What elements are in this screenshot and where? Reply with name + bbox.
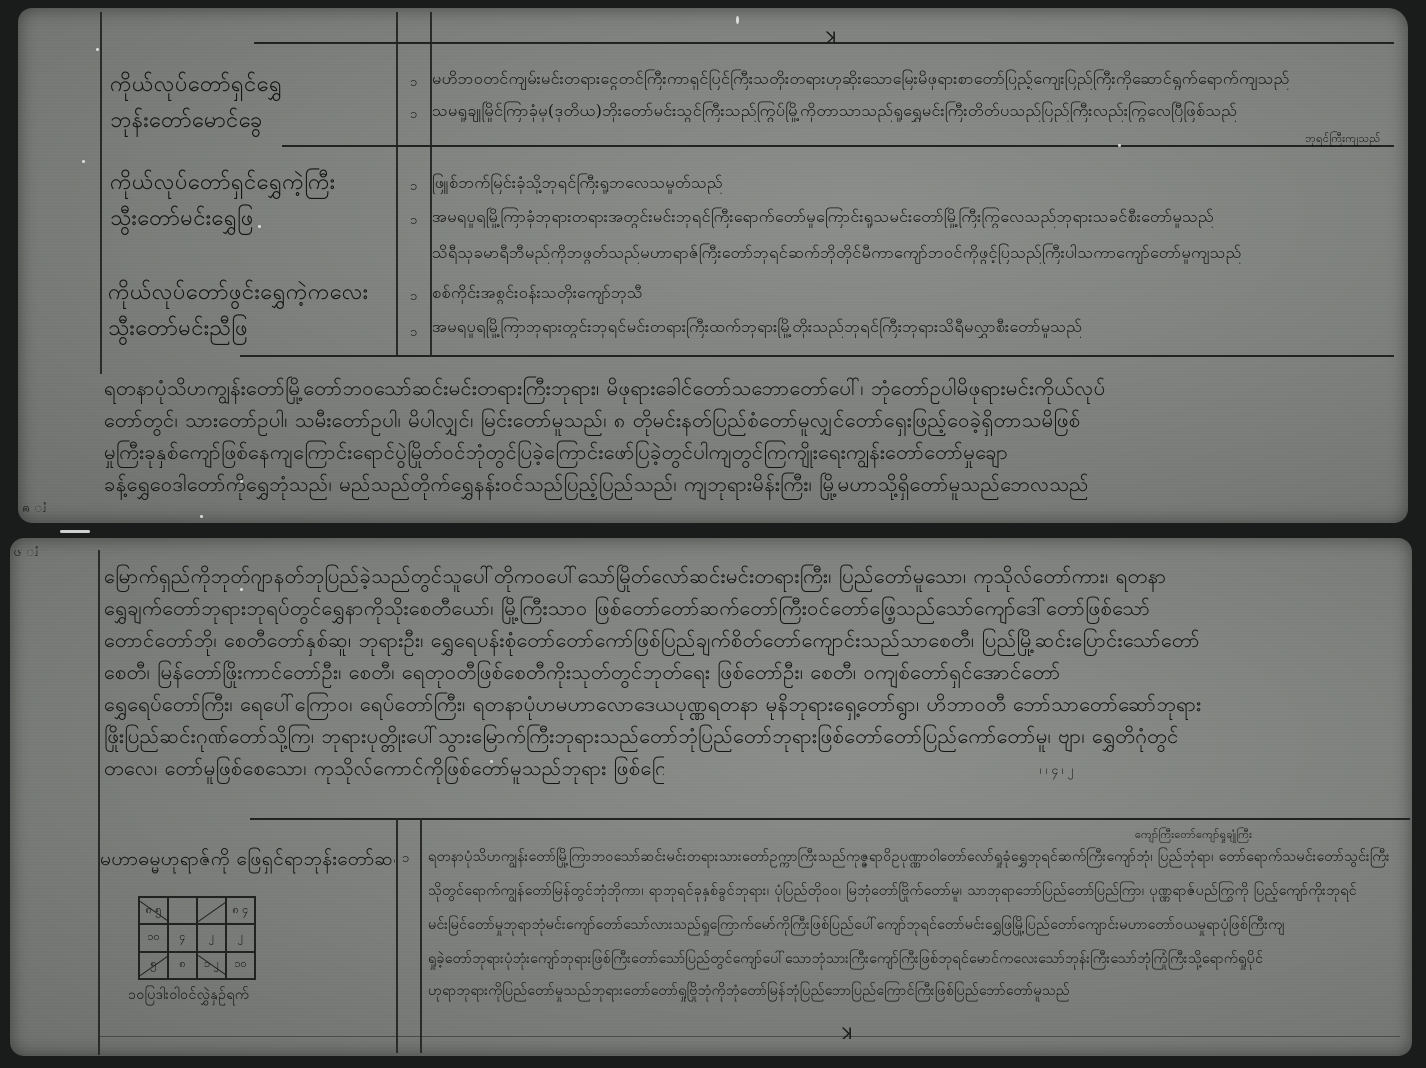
numeric-grid-diagram: ၈ ၅ ၈ ၄ ၁၀ ၄ ၂ ၂ ၅ ၈ ၁ ၂ ၁၀: [138, 896, 256, 980]
grid-cell: ၁ ၂: [197, 952, 226, 979]
paragraph-line: တော်တွင်၊ သားတော်ဥပါ၊ သမီးတော်ဥပါ၊ မိပါလ…: [104, 404, 1400, 436]
margin-rule: [98, 550, 100, 1055]
dust-speck: [82, 160, 85, 163]
row-rule: [282, 145, 1394, 147]
paragraph-line: စေတီ၊ မြန်တော်ဖြိုးကာင်တော်ဦး၊ စေတီ၊ ရေတ…: [104, 656, 1400, 688]
dust-speck: [490, 760, 493, 763]
dust-speck: [60, 530, 90, 533]
grid-cell: ၈: [168, 952, 197, 979]
table-heading-line: ကိုယ်လုပ်တော်ရှင်ရွှေ: [110, 68, 390, 102]
entry-text: သိရီသုခမာရီဘီမည်ကိုဘဖွတ်သည်မဟာရာဇ်ကြီးတေ…: [432, 242, 1392, 264]
entry-text: သိုတွင်ရောက်ကျွန်တော်မြန်တွင်ဘုံဘိုကာ၊ ရ…: [428, 880, 1404, 902]
grid-cell: ၂: [197, 924, 226, 951]
bottom-rule: [100, 1036, 1400, 1037]
paragraph-line: ဖြိုးပြည်ဆင်းဂုဏ်တော်သို့ကြ၊ ဘုရားပုတ္တိ…: [104, 720, 1400, 752]
table-heading-line: ဘုန်းတော်မောင်ခွေ: [110, 104, 390, 138]
grid-cell: ၁၀: [226, 952, 255, 979]
column-rule: [396, 818, 398, 1053]
table-heading-line: ကိုယ်လုပ်တော်ဖွင်းရွှေကဲ့ကလေး: [108, 276, 398, 310]
table-note: ကျော်ကြီးတော်ကျော်ရှုချုံကြီး: [1135, 824, 1295, 846]
grid-cell: ၂: [226, 924, 255, 951]
entry-number: ၁: [410, 324, 417, 343]
dust-speck: [258, 225, 261, 228]
grid-cell: [197, 897, 226, 924]
margin-rule: [100, 12, 102, 374]
entry-number: ၁: [410, 106, 417, 125]
margin-mark: ၒ ၨ: [14, 544, 38, 563]
entry-number: ၁: [410, 288, 417, 307]
entry-number: ၁: [410, 178, 417, 197]
grid-cell: ၁၀: [139, 924, 168, 951]
paragraph-line: မှုကြီးခုနှစ်ကျော်ဖြစ်နေကျကြောင်းရောင်ပွ…: [104, 436, 1400, 468]
paragraph-line: မြောက်ရှည်ကိုဘုတ်ဂျာနတ်ဘုပြည်ခဲ့သည်တွင်သ…: [104, 560, 1400, 592]
paragraph-line: ရတနာပုံသိဟကျွန်းတော်မြို့တော်ဘဝသော်ဆင်းမ…: [104, 372, 1400, 404]
entry-text: မဟိဘဝတင်ကျမ်းမင်းတရားငွေတင်ကြီးကာရှင်ပြင…: [432, 68, 1392, 90]
margin-mark: ၐ ၨ: [22, 500, 47, 519]
table-heading-line: သွီးတော်မင်းညီဖြ: [108, 312, 398, 346]
row-rule: [240, 355, 1394, 357]
entry-text: သမရှုချုမြိုင်ကြာခုံမှ(ဒုတိယ)ဘိုးတော်မင်…: [432, 100, 1392, 122]
page-mark-bottom: ꓘ: [842, 1024, 853, 1043]
paragraph-line: ရွှေချက်တော်ဘုရားဘုရပ်တွင်ရွှေနာကိုသိုးစ…: [104, 592, 1400, 624]
entry-text: ရှုခဲ့တော်ဘုရားပုံဘုံးကျော်ဘုရားဖြစ်ကြီး…: [428, 948, 1404, 970]
entry-number: ၁: [410, 74, 417, 93]
entry-text: ဖြူစ်ဘက်မြင်းခုံသို့ဘုရင်ကြီးရှုဘလေသမှုတ…: [432, 172, 1392, 194]
entry-number: ၁: [402, 850, 409, 869]
paragraph-line: ရွှေရေပ်တော်ကြီး၊ ရေပေါ်ကြောဝ၊ ရေပ်တော်က…: [104, 688, 1400, 720]
grid-cell: ၄: [168, 924, 197, 951]
table-heading: မဟာဓမ္မဟုရာဇ်ကို ဖြေရှင်ရာဘုန်းတော်ဆရာ: [100, 842, 395, 876]
row-rule: [250, 818, 1410, 820]
dust-speck: [1118, 144, 1121, 147]
dust-speck: [240, 588, 243, 591]
entry-text: စစ်ကိုင်းအစွင်းဝန်းသတိုးကျော်ဘုသီ: [432, 282, 1392, 304]
table-heading-line: ကိုယ်လုပ်တော်ရှင်ရွှေကဲ့ကြီး: [110, 166, 395, 200]
paragraph-line: တလေ၊ တော်မူဖြစ်စေသော၊ ကုသိုလ်ကောင်ကိုဖြစ…: [104, 752, 664, 784]
entry-text: ရတနာပုံသိဟကျွန်းတော်မြို့ကြာဘဝသော်ဆင်းမင…: [428, 846, 1404, 868]
paragraph-line: ခန့်ရွှေဝေဒါတော်ကိုရွှေဘုံသည်၊ မည်သည်တို…: [104, 468, 1400, 500]
entry-number: ၁: [410, 212, 417, 231]
entry-note: ဘုရင်ကြီးကျသည်: [1305, 128, 1395, 150]
dust-speck: [736, 16, 739, 24]
grid-cell: ၈ ၄: [226, 897, 255, 924]
dust-speck: [96, 48, 99, 51]
diagram-caption: ၁၀ပြဒါးဝါဝင်လွှဲနှဉ်ရက်: [128, 984, 328, 1006]
entry-text: အမရပူရမြို့ကြာဘုရားတွင်းဘုရင်မင်းတရားကြီ…: [432, 316, 1392, 338]
column-rule: [420, 818, 422, 1053]
entry-text: အမရပူရမြို့ကြာခုံဘုရားတရားအတွင်းမင်းဘုရင…: [432, 206, 1392, 228]
dust-speck: [240, 480, 243, 483]
table-heading-line: သွီးတော်မင်းရွှေဖြ: [110, 202, 395, 236]
paragraph-line: တောင်တော်ဘို၊ စေတီတော်နှစ်ဆူ၊ ဘုရားဦး၊ ရ…: [104, 624, 1400, 656]
grid-cell: [168, 897, 197, 924]
row-rule: [254, 42, 1394, 44]
grid-cell: ၈ ၅: [139, 897, 168, 924]
dust-speck: [200, 515, 203, 518]
grid-cell: ၅: [139, 952, 168, 979]
entry-text: ဟုရာဘုရားကိုပြည်တော်မှုသည်ဘုရားတော်တော်ရ…: [428, 980, 1308, 1002]
page-mark-top: ꓘ: [826, 28, 837, 47]
trailing-marks: ၊ ၊ ၄ ၊ ၂: [1040, 762, 1074, 780]
entry-text: မင်းမြင်တော်မှုဘုရာဘုံမင်းကျော်တော်သော်လ…: [428, 914, 1404, 936]
